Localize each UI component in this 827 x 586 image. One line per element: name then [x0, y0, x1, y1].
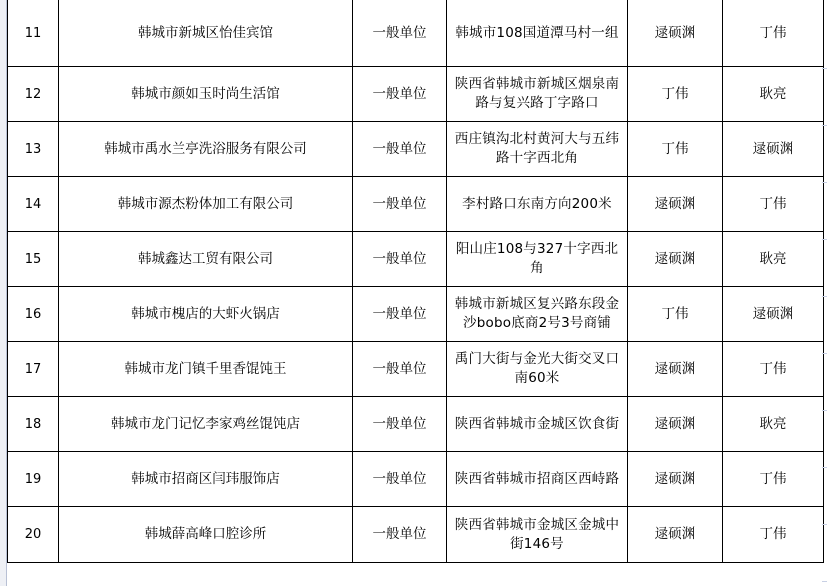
- row-number[interactable]: 16: [8, 287, 59, 342]
- spreadsheet-page: 11 韩城市新城区怡佳宾馆 一般单位 韩城市108国道潭马村一组 逯硕渊 丁伟 …: [0, 0, 827, 586]
- unit-type[interactable]: 一般单位: [353, 0, 447, 67]
- responsible-person-2[interactable]: 耿亮: [723, 397, 824, 452]
- unit-address[interactable]: 陕西省韩城市金城区金城中街146号: [447, 507, 628, 563]
- responsible-person-1[interactable]: 逯硕渊: [628, 507, 723, 563]
- gridline-stub: [822, 296, 827, 297]
- gridline-stub: [822, 353, 827, 354]
- row-number[interactable]: 14: [8, 177, 59, 232]
- responsible-person-1[interactable]: 丁伟: [628, 287, 723, 342]
- unit-name[interactable]: 韩城市龙门镇千里香馄饨王: [59, 342, 353, 397]
- unit-type[interactable]: 一般单位: [353, 122, 447, 177]
- responsible-person-2[interactable]: 耿亮: [723, 67, 824, 122]
- table-row: 14 韩城市源杰粉体加工有限公司 一般单位 李村路口东南方向200米 逯硕渊 丁…: [8, 177, 824, 232]
- responsible-person-1[interactable]: 丁伟: [628, 122, 723, 177]
- responsible-person-2[interactable]: 耿亮: [723, 232, 824, 287]
- gridline-stub: [822, 581, 827, 582]
- unit-name[interactable]: 韩城薛高峰口腔诊所: [59, 507, 353, 563]
- responsible-person-1[interactable]: 逯硕渊: [628, 397, 723, 452]
- unit-address[interactable]: 陕西省韩城市招商区西峙路: [447, 452, 628, 507]
- unit-type[interactable]: 一般单位: [353, 67, 447, 122]
- right-gridline-stubs: [822, 0, 827, 586]
- responsible-person-2[interactable]: 逯硕渊: [723, 287, 824, 342]
- unit-name[interactable]: 韩城市龙门记忆李家鸡丝馄饨店: [59, 397, 353, 452]
- responsible-person-2[interactable]: 丁伟: [723, 177, 824, 232]
- unit-name[interactable]: 韩城市招商区闫玮服饰店: [59, 452, 353, 507]
- row-number[interactable]: 11: [8, 0, 59, 67]
- responsible-person-2[interactable]: 丁伟: [723, 507, 824, 563]
- unit-address[interactable]: 陕西省韩城市金城区饮食街: [447, 397, 628, 452]
- responsible-person-1[interactable]: 逯硕渊: [628, 0, 723, 67]
- unit-name[interactable]: 韩城市槐店的大虾火锅店: [59, 287, 353, 342]
- gridline-stub: [822, 239, 827, 240]
- gridline-stub: [822, 68, 827, 69]
- unit-inspection-table: 11 韩城市新城区怡佳宾馆 一般单位 韩城市108国道潭马村一组 逯硕渊 丁伟 …: [7, 0, 824, 563]
- unit-name[interactable]: 韩城鑫达工贸有限公司: [59, 232, 353, 287]
- table-row: 12 韩城市颜如玉时尚生活馆 一般单位 陕西省韩城市新城区烟泉南路与复兴路丁字路…: [8, 67, 824, 122]
- unit-address[interactable]: 韩城市108国道潭马村一组: [447, 0, 628, 67]
- responsible-person-1[interactable]: 逯硕渊: [628, 177, 723, 232]
- row-number[interactable]: 17: [8, 342, 59, 397]
- unit-name[interactable]: 韩城市颜如玉时尚生活馆: [59, 67, 353, 122]
- unit-address[interactable]: 韩城市新城区复兴路东段金沙bobo底商2号3号商铺: [447, 287, 628, 342]
- table-row: 20 韩城薛高峰口腔诊所 一般单位 陕西省韩城市金城区金城中街146号 逯硕渊 …: [8, 507, 824, 563]
- row-number[interactable]: 18: [8, 397, 59, 452]
- gridline-stub: [822, 524, 827, 525]
- row-number[interactable]: 12: [8, 67, 59, 122]
- table-row: 13 韩城市禹水兰亭洗浴服务有限公司 一般单位 西庄镇沟北村黄河大与五纬路十字西…: [8, 122, 824, 177]
- responsible-person-1[interactable]: 逯硕渊: [628, 232, 723, 287]
- responsible-person-1[interactable]: 逯硕渊: [628, 452, 723, 507]
- unit-name[interactable]: 韩城市新城区怡佳宾馆: [59, 0, 353, 67]
- gridline-stub: [822, 182, 827, 183]
- unit-address[interactable]: 李村路口东南方向200米: [447, 177, 628, 232]
- unit-type[interactable]: 一般单位: [353, 232, 447, 287]
- responsible-person-2[interactable]: 逯硕渊: [723, 122, 824, 177]
- gridline-stub: [822, 467, 827, 468]
- table-row: 17 韩城市龙门镇千里香馄饨王 一般单位 禹门大街与金光大街交叉口南60米 逯硕…: [8, 342, 824, 397]
- responsible-person-2[interactable]: 丁伟: [723, 0, 824, 67]
- row-number[interactable]: 19: [8, 452, 59, 507]
- row-number[interactable]: 13: [8, 122, 59, 177]
- unit-type[interactable]: 一般单位: [353, 507, 447, 563]
- unit-address[interactable]: 陕西省韩城市新城区烟泉南路与复兴路丁字路口: [447, 67, 628, 122]
- unit-type[interactable]: 一般单位: [353, 342, 447, 397]
- table-row: 19 韩城市招商区闫玮服饰店 一般单位 陕西省韩城市招商区西峙路 逯硕渊 丁伟: [8, 452, 824, 507]
- responsible-person-1[interactable]: 逯硕渊: [628, 342, 723, 397]
- gridline-stub: [822, 125, 827, 126]
- table-row: 16 韩城市槐店的大虾火锅店 一般单位 韩城市新城区复兴路东段金沙bobo底商2…: [8, 287, 824, 342]
- row-header-gutter: [0, 0, 7, 586]
- unit-type[interactable]: 一般单位: [353, 397, 447, 452]
- responsible-person-2[interactable]: 丁伟: [723, 452, 824, 507]
- responsible-person-2[interactable]: 丁伟: [723, 342, 824, 397]
- unit-address[interactable]: 西庄镇沟北村黄河大与五纬路十字西北角: [447, 122, 628, 177]
- responsible-person-1[interactable]: 丁伟: [628, 67, 723, 122]
- gridline-stub: [822, 410, 827, 411]
- unit-type[interactable]: 一般单位: [353, 287, 447, 342]
- unit-address[interactable]: 阳山庄108与327十字西北角: [447, 232, 628, 287]
- table-row: 11 韩城市新城区怡佳宾馆 一般单位 韩城市108国道潭马村一组 逯硕渊 丁伟: [8, 0, 824, 67]
- row-number[interactable]: 15: [8, 232, 59, 287]
- row-number[interactable]: 20: [8, 507, 59, 563]
- unit-name[interactable]: 韩城市禹水兰亭洗浴服务有限公司: [59, 122, 353, 177]
- unit-name[interactable]: 韩城市源杰粉体加工有限公司: [59, 177, 353, 232]
- unit-address[interactable]: 禹门大街与金光大街交叉口南60米: [447, 342, 628, 397]
- table-row: 15 韩城鑫达工贸有限公司 一般单位 阳山庄108与327十字西北角 逯硕渊 耿…: [8, 232, 824, 287]
- table-row: 18 韩城市龙门记忆李家鸡丝馄饨店 一般单位 陕西省韩城市金城区饮食街 逯硕渊 …: [8, 397, 824, 452]
- unit-type[interactable]: 一般单位: [353, 177, 447, 232]
- unit-type[interactable]: 一般单位: [353, 452, 447, 507]
